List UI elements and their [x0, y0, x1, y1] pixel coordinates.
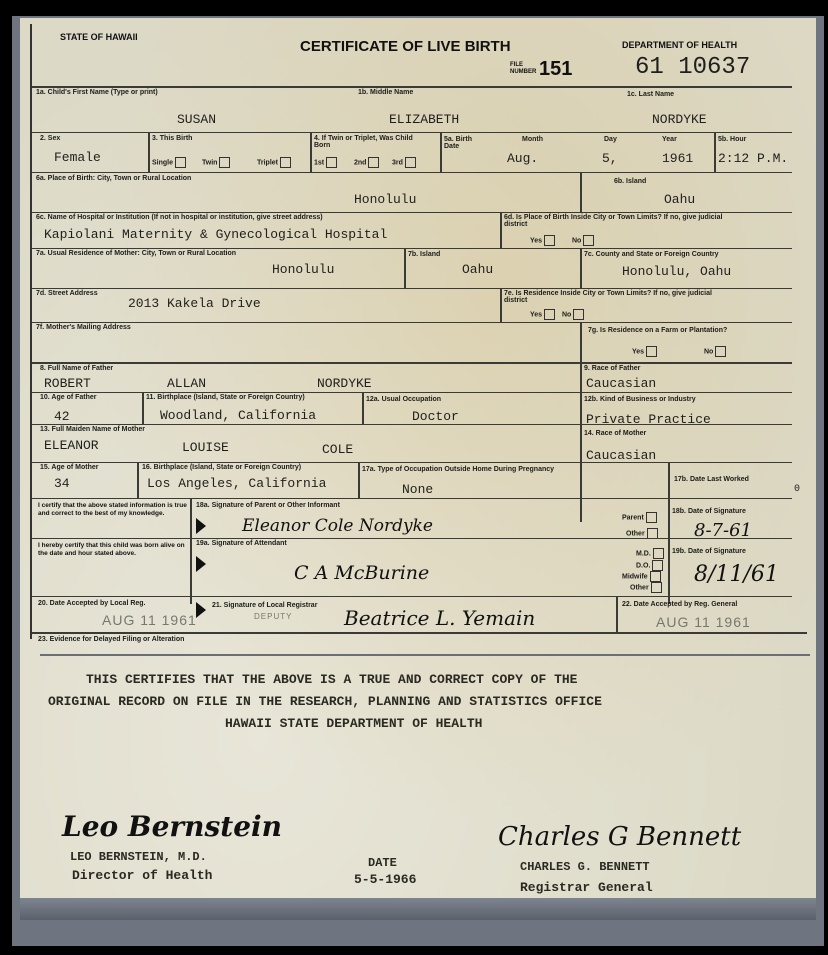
- child-sex: Female: [54, 150, 101, 165]
- midwife-label: Midwife: [622, 573, 648, 580]
- father-occupation-label: 12a. Usual Occupation: [366, 396, 441, 403]
- father-business-label: 12b. Kind of Business or Industry: [584, 396, 696, 403]
- divider: [32, 172, 792, 173]
- third-checkbox[interactable]: [405, 157, 416, 168]
- twin-option[interactable]: Twin: [202, 157, 230, 168]
- farm-no-option[interactable]: No: [704, 346, 726, 357]
- divider: [32, 392, 792, 393]
- divider: [310, 132, 312, 172]
- residence-inside-limits-label: 7e. Is Residence Inside City or Town Lim…: [504, 290, 734, 304]
- second-label: 2nd: [354, 159, 366, 166]
- single-checkbox[interactable]: [175, 157, 186, 168]
- child-last-name: NORDYKE: [652, 112, 707, 127]
- father-first-name: ROBERT: [44, 376, 91, 391]
- residence-no-checkbox[interactable]: [573, 309, 584, 320]
- father-age-label: 10. Age of Father: [40, 394, 97, 401]
- file-number: 151: [539, 58, 572, 81]
- sex-label: 2. Sex: [40, 135, 60, 142]
- director-name: LEO BERNSTEIN, M.D.: [70, 850, 207, 864]
- mother-birthplace: Los Angeles, California: [147, 476, 326, 491]
- birth-date-label: 5a. Birth Date: [444, 136, 474, 150]
- hour-label: 5b. Hour: [718, 136, 746, 143]
- informant-signature-label: 18a. Signature of Parent or Other Inform…: [196, 502, 340, 509]
- midwife-checkbox[interactable]: [650, 571, 661, 582]
- fold-shadow: [40, 654, 810, 656]
- local-reg-date-stamp: AUG 11 1961: [102, 612, 197, 628]
- divider: [148, 132, 150, 172]
- reg-general-date-stamp: AUG 11 1961: [656, 614, 751, 630]
- birth-certificate-form: STATE OF HAWAII CERTIFICATE OF LIVE BIRT…: [30, 24, 807, 639]
- parent-option[interactable]: Parent: [622, 512, 657, 523]
- mother-last-name: COLE: [322, 442, 353, 457]
- mother-middle-name: LOUISE: [182, 440, 229, 455]
- other-attendant-option[interactable]: Other: [630, 582, 662, 593]
- mother-age: 34: [54, 476, 70, 491]
- divider: [580, 248, 582, 288]
- birth-month: Aug.: [507, 151, 538, 166]
- third-label: 3rd: [392, 159, 403, 166]
- local-registrar-signature-label: 21. Signature of Local Registrar: [212, 602, 317, 609]
- father-race: Caucasian: [586, 376, 656, 391]
- local-registrar-signature: Beatrice L. Yemain: [344, 606, 535, 630]
- director-title: Director of Health: [72, 868, 212, 883]
- do-option[interactable]: D.O.: [636, 560, 663, 571]
- residence-city: Honolulu: [272, 262, 334, 277]
- place-no-option[interactable]: No: [572, 235, 594, 246]
- divider: [32, 212, 792, 213]
- mother-age-label: 15. Age of Mother: [40, 464, 98, 471]
- divider: [580, 172, 582, 212]
- mother-name-label: 13. Full Maiden Name of Mother: [40, 426, 145, 433]
- divider: [358, 462, 360, 498]
- first-born-option[interactable]: 1st: [314, 157, 337, 168]
- state-label: STATE OF HAWAII: [60, 32, 138, 42]
- yes-label: Yes: [530, 311, 542, 318]
- year-label: Year: [662, 136, 677, 143]
- informant-signature: Eleanor Cole Nordyke: [242, 516, 433, 536]
- residence-island-label: 7b. Island: [408, 251, 440, 258]
- other-attendant-checkbox[interactable]: [651, 582, 662, 593]
- do-label: D.O.: [636, 562, 650, 569]
- island-label: 6b. Island: [614, 178, 646, 185]
- no-label: No: [704, 348, 713, 355]
- no-label: No: [572, 237, 581, 244]
- attendant-date-label: 19b. Date of Signature: [672, 548, 746, 555]
- twin-order-label: 4. If Twin or Triplet, Was Child Born: [314, 135, 414, 149]
- hospital-label: 6c. Name of Hospital or Institution (If …: [36, 214, 323, 221]
- child-middle-name: ELIZABETH: [389, 112, 459, 127]
- residence-city-label: 7a. Usual Residence of Mother: City, Tow…: [36, 250, 236, 257]
- md-checkbox[interactable]: [653, 548, 664, 559]
- director-signature: Leo Bernstein: [62, 810, 282, 843]
- residence-no-option[interactable]: No: [562, 309, 584, 320]
- father-age: 42: [54, 409, 70, 424]
- place-yes-option[interactable]: Yes: [530, 235, 555, 246]
- divider: [32, 632, 807, 634]
- deputy-stamp: DEPUTY: [254, 612, 292, 621]
- informant-date-label: 18b. Date of Signature: [672, 508, 746, 515]
- registrar-name: CHARLES G. BENNETT: [520, 860, 650, 874]
- father-birthplace: Woodland, California: [160, 408, 316, 423]
- sign-arrow-icon: [196, 556, 206, 572]
- middle-name-label: 1b. Middle Name: [358, 89, 413, 96]
- place-no-checkbox[interactable]: [583, 235, 594, 246]
- divider: [362, 392, 364, 424]
- document-title: CERTIFICATE OF LIVE BIRTH: [300, 38, 511, 55]
- sign-arrow-icon: [196, 518, 206, 534]
- local-reg-date-label: 20. Date Accepted by Local Reg.: [38, 600, 146, 607]
- divider: [616, 596, 618, 632]
- divider: [32, 362, 792, 364]
- certificate-number: 61 10637: [635, 54, 750, 81]
- residence-yes-checkbox[interactable]: [544, 309, 555, 320]
- inside-limits-label: 6d. Is Place of Birth Inside City or Tow…: [504, 214, 734, 228]
- divider: [32, 86, 792, 88]
- mother-race-label: 14. Race of Mother: [584, 430, 646, 437]
- single-label: Single: [152, 159, 173, 166]
- midwife-option[interactable]: Midwife: [622, 571, 661, 582]
- street-address: 2013 Kakela Drive: [128, 296, 261, 311]
- third-born-option[interactable]: 3rd: [392, 157, 416, 168]
- mother-race: Caucasian: [586, 448, 656, 463]
- divider: [32, 462, 792, 463]
- md-label: M.D.: [636, 550, 651, 557]
- this-birth-label: 3. This Birth: [152, 135, 192, 142]
- issue-date-label: DATE: [368, 856, 397, 870]
- triplet-label: Triplet: [257, 159, 278, 166]
- no-label: No: [562, 311, 571, 318]
- registrar-signature: Charles G Bennett: [498, 822, 741, 852]
- county: Honolulu, Oahu: [622, 264, 731, 279]
- divider: [714, 132, 716, 172]
- reg-general-date-label: 22. Date Accepted by Reg. General: [622, 601, 737, 608]
- parent-label: Parent: [622, 514, 644, 521]
- child-first-name: SUSAN: [177, 112, 216, 127]
- place-of-birth: Honolulu: [354, 192, 416, 207]
- father-name-label: 8. Full Name of Father: [40, 365, 113, 372]
- father-birthplace-label: 11. Birthplace (Island, State or Foreign…: [146, 394, 305, 401]
- birth-hour: 2:12 P.M.: [718, 151, 788, 166]
- mailing-address-label: 7f. Mother's Mailing Address: [36, 324, 131, 331]
- last-name-label: 1c. Last Name: [627, 91, 674, 98]
- evidence-label: 23. Evidence for Delayed Filing or Alter…: [38, 636, 184, 643]
- parent-checkbox[interactable]: [646, 512, 657, 523]
- mother-birthplace-label: 16. Birthplace (Island, State or Foreign…: [142, 464, 301, 471]
- first-name-label: 1a. Child's First Name (Type or print): [36, 89, 158, 96]
- first-checkbox[interactable]: [326, 157, 337, 168]
- photo-bottom-edge: [20, 898, 816, 920]
- informant-statement: I certify that the above stated informat…: [38, 502, 188, 518]
- department-label: DEPARTMENT OF HEALTH: [622, 40, 737, 50]
- divider: [137, 462, 139, 498]
- divider: [32, 248, 792, 249]
- birth-day: 5,: [602, 151, 618, 166]
- triplet-option[interactable]: Triplet: [257, 157, 291, 168]
- divider: [32, 538, 792, 539]
- island: Oahu: [664, 192, 695, 207]
- divider: [32, 498, 792, 499]
- farm-yes-option[interactable]: Yes: [632, 346, 657, 357]
- divider: [32, 424, 792, 425]
- last-worked-label: 17b. Date Last Worked: [674, 476, 749, 483]
- mother-occupation-label: 17a. Type of Occupation Outside Home Dur…: [362, 466, 554, 473]
- second-born-option[interactable]: 2nd: [354, 157, 379, 168]
- file-number-label: FILE NUMBER: [510, 62, 534, 76]
- certification-line-2: ORIGINAL RECORD ON FILE IN THE RESEARCH,…: [48, 694, 602, 709]
- sign-arrow-icon: [196, 602, 206, 618]
- father-middle-name: ALLAN: [167, 376, 206, 391]
- registrar-title: Registrar General: [520, 880, 653, 895]
- divider: [440, 132, 442, 172]
- month-label: Month: [522, 136, 543, 143]
- certification-line-1: THIS CERTIFIES THAT THE ABOVE IS A TRUE …: [86, 672, 577, 687]
- single-option[interactable]: Single: [152, 157, 186, 168]
- attendant-signature-label: 19a. Signature of Attendant: [196, 540, 287, 547]
- other-label: Other: [630, 584, 649, 591]
- divider: [32, 322, 792, 323]
- divider: [32, 288, 792, 289]
- first-label: 1st: [314, 159, 324, 166]
- attendant-statement: I hereby certify that this child was bor…: [38, 542, 188, 558]
- second-checkbox[interactable]: [368, 157, 379, 168]
- residence-yes-option[interactable]: Yes: [530, 309, 555, 320]
- divider: [32, 596, 792, 597]
- father-occupation: Doctor: [412, 409, 459, 424]
- md-option[interactable]: M.D.: [636, 548, 664, 559]
- divider: [668, 498, 670, 604]
- divider: [500, 212, 502, 248]
- place-of-birth-label: 6a. Place of Birth: City, Town or Rural …: [36, 175, 191, 182]
- issue-date: 5-5-1966: [354, 872, 416, 887]
- divider: [190, 498, 192, 604]
- certification-line-3: HAWAII STATE DEPARTMENT OF HEALTH: [225, 716, 482, 731]
- residence-island: Oahu: [462, 262, 493, 277]
- divider: [668, 462, 670, 498]
- hospital-name: Kapiolani Maternity & Gynecological Hosp…: [44, 227, 387, 242]
- place-yes-checkbox[interactable]: [544, 235, 555, 246]
- birth-year: 1961: [662, 151, 693, 166]
- mother-first-name: ELEANOR: [44, 438, 99, 453]
- divider: [580, 322, 582, 362]
- father-race-label: 9. Race of Father: [584, 365, 640, 372]
- triplet-checkbox[interactable]: [280, 157, 291, 168]
- farm-label: 7g. Is Residence on a Farm or Plantation…: [588, 327, 727, 334]
- farm-no-checkbox[interactable]: [715, 346, 726, 357]
- twin-label: Twin: [202, 159, 217, 166]
- divider: [142, 392, 144, 424]
- farm-yes-checkbox[interactable]: [646, 346, 657, 357]
- other-label: Other: [626, 530, 645, 537]
- divider: [500, 288, 502, 322]
- yes-label: Yes: [530, 237, 542, 244]
- yes-label: Yes: [632, 348, 644, 355]
- last-worked: 0: [794, 484, 800, 495]
- twin-checkbox[interactable]: [219, 157, 230, 168]
- divider: [32, 132, 792, 133]
- father-last-name: NORDYKE: [317, 376, 372, 391]
- mother-occupation: None: [402, 482, 433, 497]
- attendant-signature: C A McBurine: [294, 562, 429, 584]
- divider: [404, 248, 406, 288]
- attendant-date: 8/11/61: [694, 562, 779, 587]
- street-label: 7d. Street Address: [36, 290, 98, 297]
- day-label: Day: [604, 136, 617, 143]
- county-label: 7c. County and State or Foreign Country: [584, 251, 719, 258]
- do-checkbox[interactable]: [652, 560, 663, 571]
